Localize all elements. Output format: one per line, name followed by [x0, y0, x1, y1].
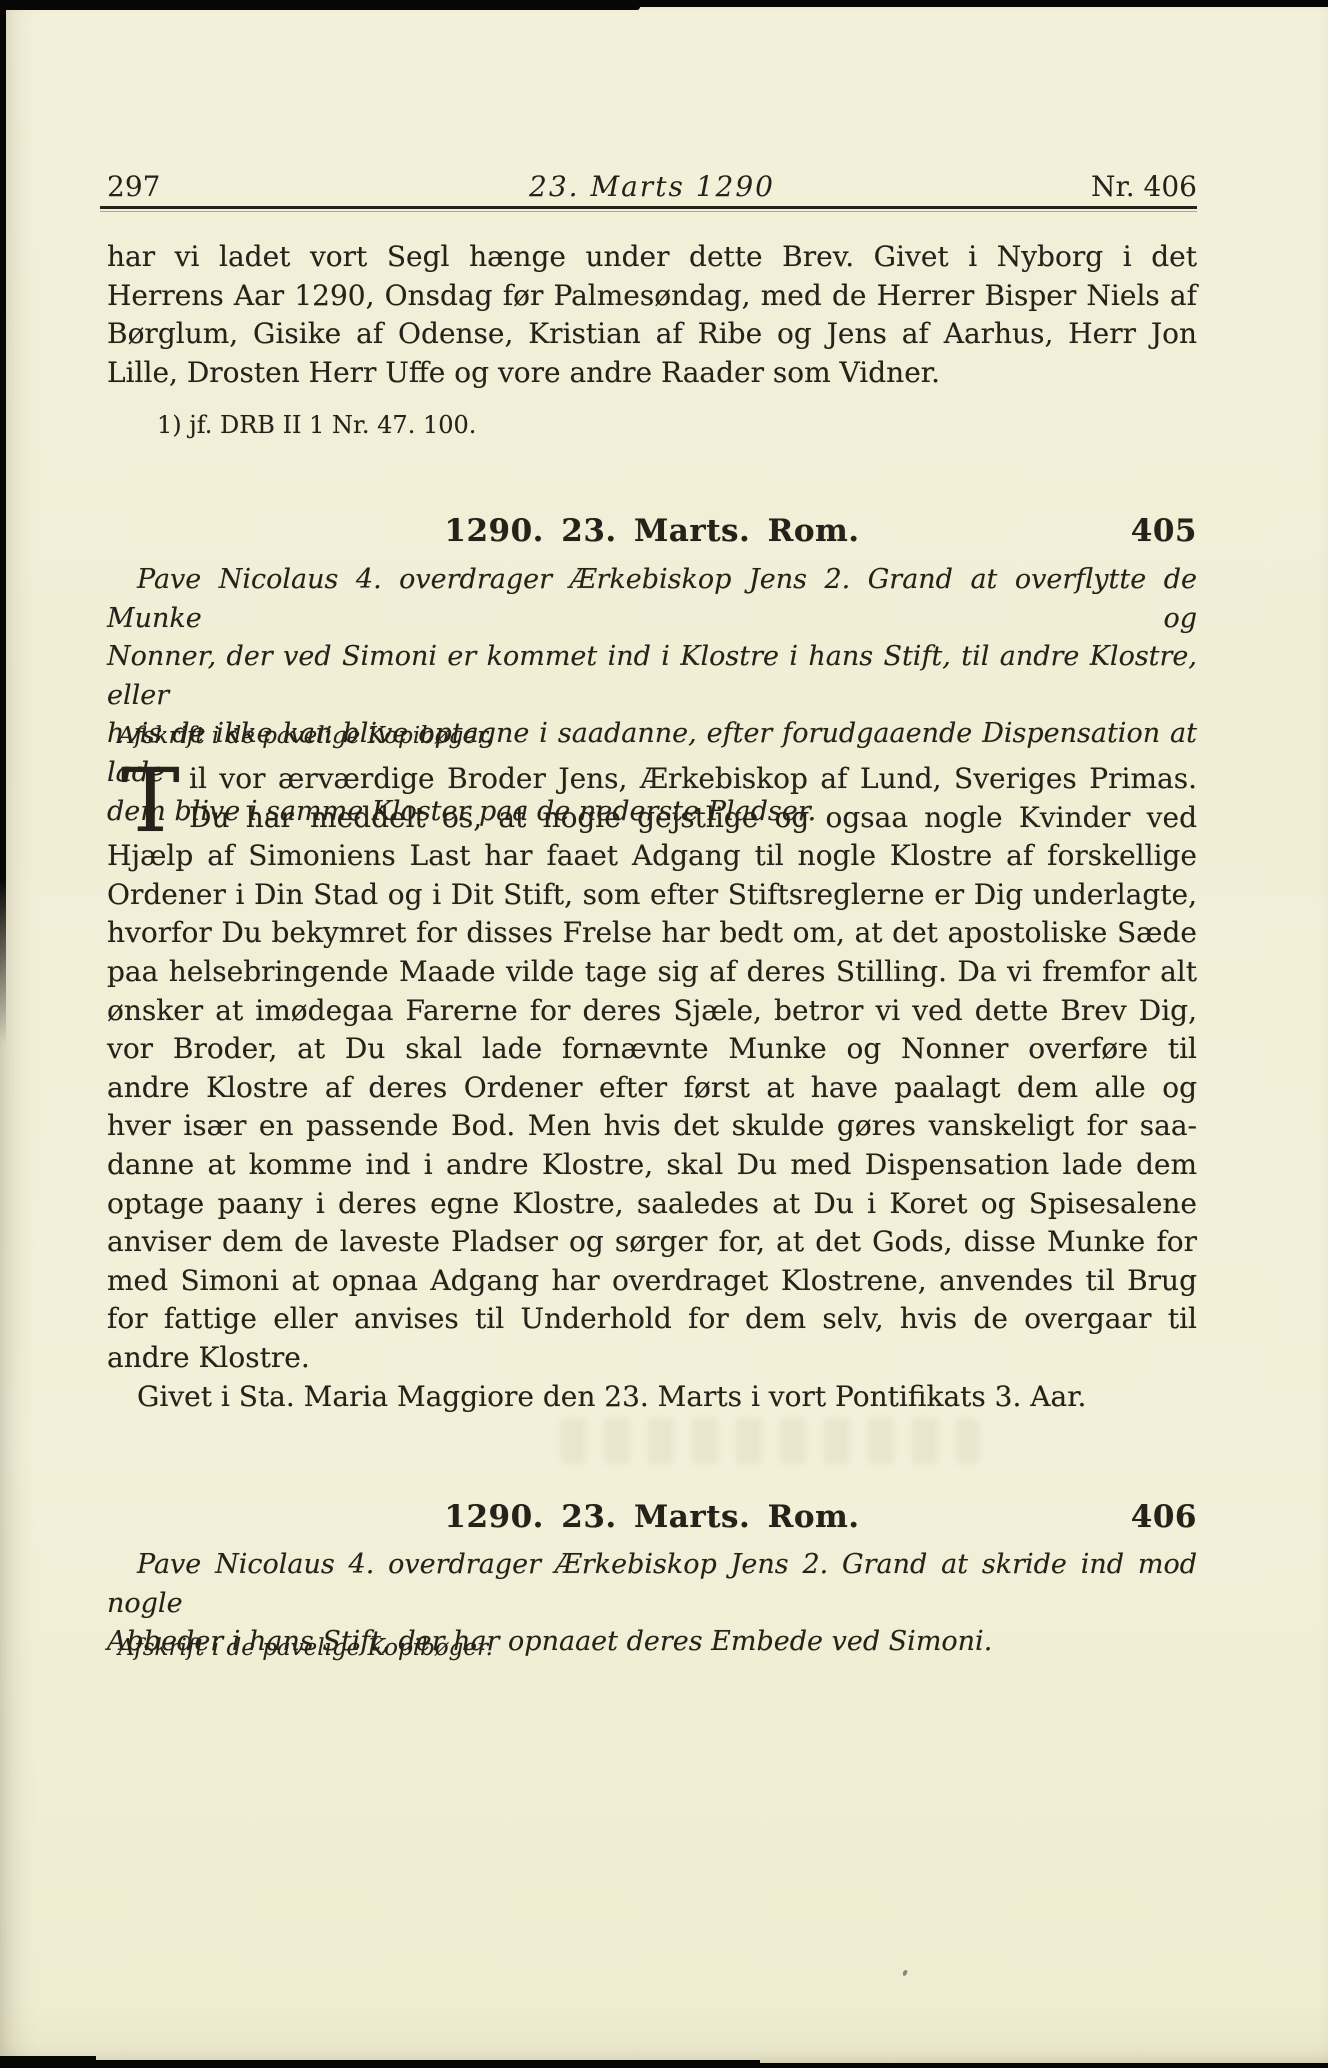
text-line: hver især en passende Bod. Men hvis det …	[107, 1107, 1197, 1146]
entry-405-heading: 1290. 23. Marts. Rom. 405	[107, 513, 1197, 549]
text-line: Nonner, der ved Simoni er kommet ind i K…	[107, 638, 1197, 715]
text-line: Børglum, Gisike af Odense, Kristian af R…	[107, 315, 1197, 354]
entry-heading-text: 1290. 23. Marts. Rom.	[444, 513, 859, 549]
scan-edge-left	[0, 0, 6, 1045]
text-line: paa helsebringende Maade vilde tage sig …	[107, 953, 1197, 992]
text-line: il vor ærværdige Broder Jens, Ærkebiskop…	[107, 760, 1197, 799]
show-through-smudge	[560, 1418, 980, 1464]
scanned-book-page: 297 23. Marts 1290 Nr. 406 har vi ladet …	[0, 0, 1328, 2068]
running-head: 23. Marts 1290	[529, 170, 775, 203]
text-line: Hjælp af Simoniens Last har faaet Adgang…	[107, 837, 1197, 876]
text-line: for fattige eller anvises til Underhold …	[107, 1300, 1197, 1339]
text-line: ønsker at imødegaa Farerne for deres Sjæ…	[107, 992, 1197, 1031]
page-header: 297 23. Marts 1290 Nr. 406	[107, 170, 1197, 203]
text-line: Lille, Drosten Herr Uffe og vore andre R…	[107, 354, 1197, 393]
entry-405-source-note: Afskrift i de pavelige Kopibøger.	[118, 722, 1018, 750]
text-line: hvorfor Du bekymret for disses Frelse ha…	[107, 914, 1197, 953]
text-line: har vi ladet vort Segl hænge under dette…	[107, 238, 1197, 277]
entry-405-letter-body: T il vor ærværdige Broder Jens, Ærkebisk…	[107, 760, 1197, 1416]
header-rule	[100, 206, 1197, 209]
entry-heading-text: 1290. 23. Marts. Rom.	[444, 1499, 859, 1535]
scan-edge-bottom-mid	[0, 2060, 760, 2068]
header-number-ref: Nr. 406	[775, 170, 1197, 203]
text-line: vor Broder, at Du skal lade fornævnte Mu…	[107, 1030, 1197, 1069]
text-line: Du har meddelt os, at nogle gejstlige og…	[107, 799, 1197, 838]
text-line: optage paany i deres egne Klostre, saale…	[107, 1185, 1197, 1224]
text-line: Ordener i Din Stad og i Dit Stift, som e…	[107, 876, 1197, 915]
entry-406-source-note: Afskrift i de pavelige Kopibøger.	[118, 1634, 1018, 1662]
entry-number: 405	[860, 513, 1197, 549]
page-number: 297	[107, 170, 529, 203]
text-line: Pave Nicolaus 4. overdrager Ærkebiskop J…	[107, 561, 1197, 638]
text-line: andre Klostre af deres Ordener efter før…	[107, 1069, 1197, 1108]
text-line: danne at komme ind i andre Klostre, skal…	[107, 1146, 1197, 1185]
entry-number: 406	[860, 1499, 1197, 1535]
text-line: Pave Nicolaus 4. overdrager Ærkebiskop J…	[107, 1546, 1197, 1623]
continuation-paragraph: har vi ladet vort Segl hænge under dette…	[107, 238, 1197, 392]
scan-edge-bottom-left	[0, 2056, 96, 2068]
text-line: anviser dem de laveste Pladser og sørger…	[107, 1223, 1197, 1262]
paper-speck	[902, 1969, 908, 1976]
text-line: andre Klostre.	[107, 1339, 1197, 1378]
text-line: med Simoni at opnaa Adgang har overdrage…	[107, 1262, 1197, 1301]
text-line: Herrens Aar 1290, Onsdag før Palmesøndag…	[107, 277, 1197, 316]
entry-405-dateline: Givet i Sta. Maria Maggiore den 23. Mart…	[107, 1378, 1197, 1417]
scan-edge-top-segment	[0, 0, 640, 10]
footnote: 1) jf. DRB II 1 Nr. 47. 100.	[157, 410, 1057, 440]
page-paper: 297 23. Marts 1290 Nr. 406 har vi ladet …	[0, 0, 1328, 2068]
entry-406-heading: 1290. 23. Marts. Rom. 406	[107, 1499, 1197, 1535]
drop-cap: T	[121, 766, 180, 836]
